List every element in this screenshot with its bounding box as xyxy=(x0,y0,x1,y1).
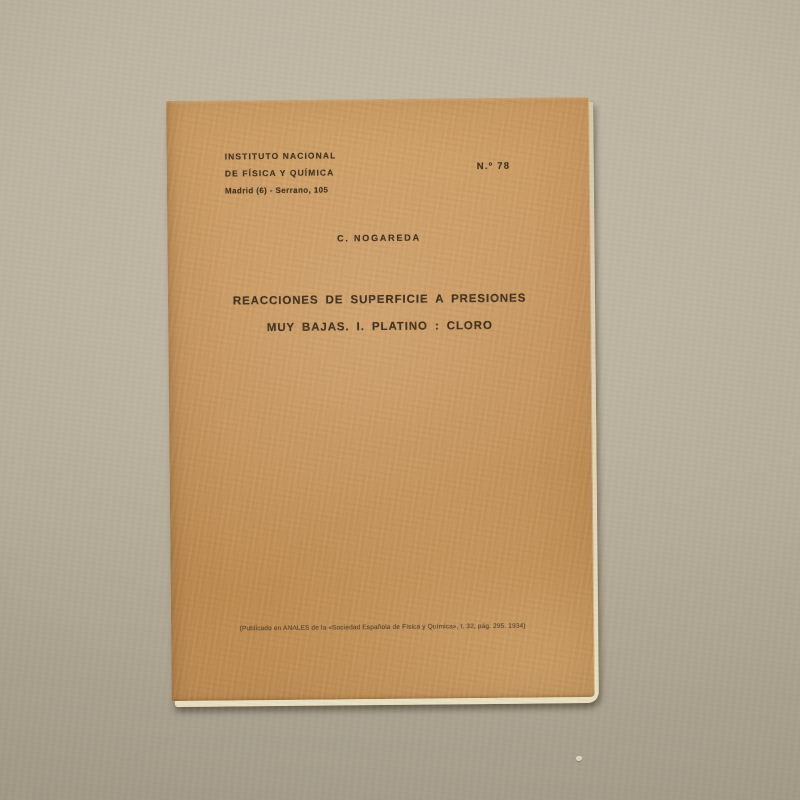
background-scuff xyxy=(137,777,176,791)
booklet-cover: INSTITUTO NACIONAL DE FÍSICA Y QUÍMICA M… xyxy=(166,97,595,701)
publisher-line-1: INSTITUTO NACIONAL xyxy=(225,147,337,165)
issue-number: N.º 78 xyxy=(477,161,510,172)
title-line-2: MUY BAJAS. I. PLATINO : CLORO xyxy=(168,312,591,343)
booklet-title: REACCIONES DE SUPERFICIE A PRESIONES MUY… xyxy=(168,285,591,343)
title-line-1: REACCIONES DE SUPERFICIE A PRESIONES xyxy=(168,285,591,316)
publisher-block: INSTITUTO NACIONAL DE FÍSICA Y QUÍMICA M… xyxy=(225,147,337,199)
paper-speck xyxy=(576,756,582,761)
background-scuff xyxy=(120,735,179,763)
publisher-line-2: DE FÍSICA Y QUÍMICA xyxy=(225,164,337,182)
author-name: C. NOGAREDA xyxy=(167,231,590,245)
imprint-line: (Publicado en ANALES de la «Sociedad Esp… xyxy=(171,622,594,633)
publisher-address: Madrid (6) - Serrano, 105 xyxy=(225,181,337,199)
photo-background: INSTITUTO NACIONAL DE FÍSICA Y QUÍMICA M… xyxy=(0,0,800,800)
